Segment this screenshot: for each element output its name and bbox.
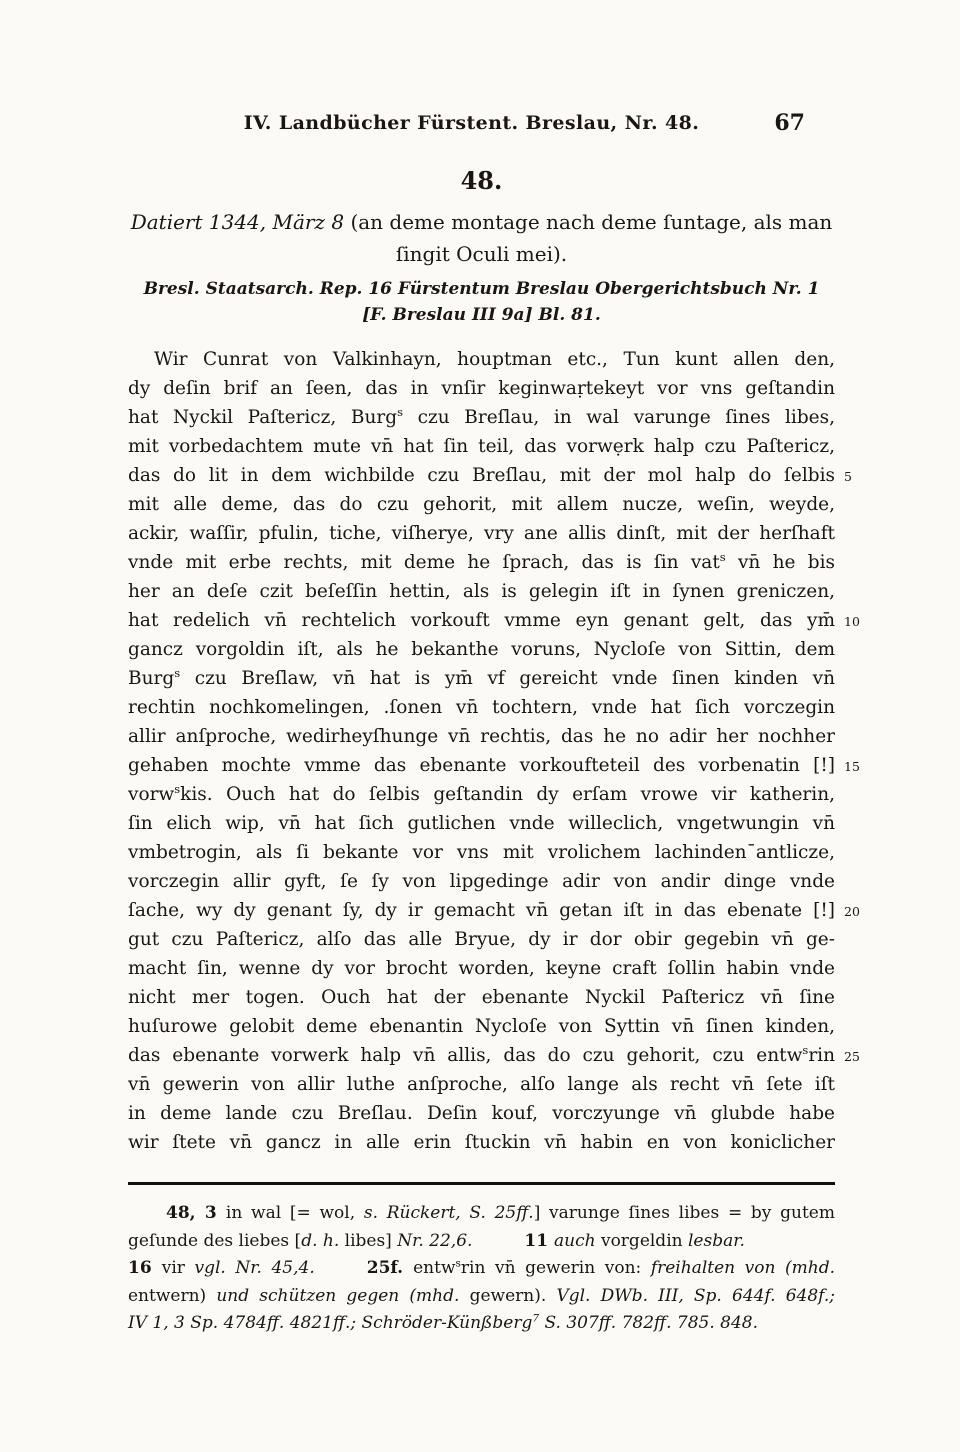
date-line-block: Datiert 1344, März 8 (an deme montage na…	[128, 206, 835, 270]
footnotes: 48, 3 in wal [= wol, s. Rückert, S. 25ff…	[128, 1200, 835, 1338]
text-segment: geſunde des liebes [	[128, 1231, 301, 1251]
body-line: her an deſe czit beſeſſin hettin, als is…	[128, 577, 835, 606]
text-segment: und schützen gegen (mhd.	[216, 1286, 459, 1306]
text-segment: ] varunge ſines libes = by gutem	[534, 1203, 835, 1223]
body-line-text: huſurowe gelobit deme ebenantin Nycloſe …	[128, 1016, 835, 1037]
scanned-page: { "colors": { "paper": "#fbfaf7", "ink":…	[0, 0, 960, 1452]
body-line-text: in deme lande czu Breſlau. Deſin kouf, v…	[128, 1103, 835, 1124]
text-segment: lesbar.	[688, 1231, 745, 1251]
text-segment: vorgeldin	[596, 1231, 688, 1251]
body-line-text: vorwskis. Ouch hat do ſelbis geſtandin d…	[128, 784, 835, 805]
body-line-text: gut czu Paſtericz, alſo das alle Bryue, …	[128, 929, 835, 950]
body-line: ſin elich wip, vn̄ hat ſich gutlichen vn…	[128, 809, 835, 838]
text-segment: Datiert 1344, März 8	[131, 210, 344, 234]
body-line-text: Burgs czu Breſlaw, vn̄ hat is ym̄ vf ger…	[128, 668, 835, 689]
margin-line-number: 25	[844, 1042, 860, 1071]
body-line-text: vnde mit erbe rechts, mit deme he ſprach…	[128, 552, 835, 573]
text-segment: entwsrin vn̄ gewerin von:	[413, 1258, 651, 1278]
text-segment: in wal [= wol,	[226, 1203, 364, 1223]
date-line: ſingit Oculi mei).	[128, 238, 835, 270]
body-line-text: dy deſin brif an ſeen, das in vnſir kegi…	[128, 378, 835, 399]
charter-body: Wir Cunrat von Valkinhayn, houptman etc.…	[128, 345, 835, 1157]
text-segment: vgl. Nr. 45,4.	[194, 1258, 314, 1278]
page-number: 67	[774, 110, 805, 136]
footnote-separator	[128, 1182, 835, 1185]
running-header-title: IV. Landbücher Fürstent. Breslau, Nr. 48…	[128, 112, 815, 134]
source-line: [F. Breslau III 9a] Bl. 81.	[128, 302, 835, 328]
footnote-line: 16 vir vgl. Nr. 45,4.25f. entwsrin vn̄ g…	[128, 1255, 835, 1283]
margin-line-number: 15	[844, 752, 860, 781]
body-line-text: mit vorbedachtem mute vn̄ hat ſin teil, …	[128, 436, 835, 457]
body-line-text: her an deſe czit beſeſſin hettin, als is…	[128, 581, 835, 602]
body-line: macht ſin, wenne dy vor brocht worden, k…	[128, 954, 835, 983]
running-header: IV. Landbücher Fürstent. Breslau, Nr. 48…	[128, 112, 835, 142]
text-segment: (an deme montage nach deme ſuntage, als …	[344, 210, 832, 234]
body-line-text: rechtin nochkomelingen, .ſonen vn̄ tocht…	[128, 697, 835, 718]
entry-number: 48.	[128, 166, 835, 195]
text-segment: Vgl. DWb. III, Sp. 644f. 648f.;	[556, 1286, 835, 1306]
body-line-text: macht ſin, wenne dy vor brocht worden, k…	[128, 958, 835, 979]
body-line: huſurowe gelobit deme ebenantin Nycloſe …	[128, 1012, 835, 1041]
body-line: das do lit in dem wichbilde czu Breſlau,…	[128, 461, 835, 490]
body-line-text: ſin elich wip, vn̄ hat ſich gutlichen vn…	[128, 813, 835, 834]
text-segment: vir	[162, 1258, 195, 1278]
text-segment: IV 1, 3 Sp. 4784ff. 4821ff.; Schröder-Kü…	[128, 1313, 758, 1333]
text-segment: 16	[128, 1258, 162, 1278]
body-line: nicht mer togen. Ouch hat der ebenante N…	[128, 983, 835, 1012]
text-segment: 11	[524, 1231, 554, 1251]
body-line: das ebenante vorwerk halp vn̄ allis, das…	[128, 1041, 835, 1070]
body-line: vorczegin allir gyft, ſe ſy von lipgedin…	[128, 867, 835, 896]
body-line-text: allir anſproche, wedirheyſhunge vn̄ rech…	[128, 726, 835, 747]
body-line-text: vorczegin allir gyft, ſe ſy von lipgedin…	[128, 871, 835, 892]
margin-line-number: 20	[844, 897, 860, 926]
body-line: wir ſtete vn̄ gancz in alle erin ſtuckin…	[128, 1128, 835, 1157]
body-line: mit vorbedachtem mute vn̄ hat ſin teil, …	[128, 432, 835, 461]
body-line-text: hat redelich vn̄ rechtelich vorkouft vmm…	[128, 610, 835, 631]
body-line: dy deſin brif an ſeen, das in vnſir kegi…	[128, 374, 835, 403]
text-segment: s. Rückert, S. 25ff.	[364, 1203, 534, 1223]
text-segment: 48, 3	[166, 1203, 226, 1223]
body-line: gehaben mochte vmme das ebenante vorkouf…	[128, 751, 835, 780]
body-line-text: vn̄ gewerin von allir luthe anſproche, a…	[128, 1074, 835, 1095]
body-line: vmbetrogin, als ſi bekante vor vns mit v…	[128, 838, 835, 867]
body-line-text: ſache, wy dy genant ſy, dy ir gemacht vn…	[128, 900, 835, 921]
body-line-text: nicht mer togen. Ouch hat der ebenante N…	[128, 987, 835, 1008]
footnote-line: entwern) und schützen gegen (mhd. gewern…	[128, 1283, 835, 1311]
text-segment: auch	[554, 1231, 596, 1251]
text-segment: entwern)	[128, 1286, 216, 1306]
source-line: Bresl. Staatsarch. Rep. 16 Fürstentum Br…	[128, 276, 835, 302]
text-segment: libes]	[339, 1231, 397, 1251]
body-line-text: Wir Cunrat von Valkinhayn, houptman etc.…	[154, 349, 835, 370]
text-segment: ſingit Oculi mei).	[396, 242, 567, 266]
text-segment: freihalten von (mhd.	[651, 1258, 835, 1278]
body-line-text: wir ſtete vn̄ gancz in alle erin ſtuckin…	[128, 1132, 835, 1153]
body-line: vn̄ gewerin von allir luthe anſproche, a…	[128, 1070, 835, 1099]
body-line: gancz vorgoldin iſt, als he bekanthe vor…	[128, 635, 835, 664]
body-line: allir anſproche, wedirheyſhunge vn̄ rech…	[128, 722, 835, 751]
margin-line-number: 5	[844, 462, 852, 491]
margin-line-number: 10	[844, 607, 860, 636]
text-segment: d. h.	[301, 1231, 339, 1251]
body-line: vorwskis. Ouch hat do ſelbis geſtandin d…	[128, 780, 835, 809]
body-line: ſache, wy dy genant ſy, dy ir gemacht vn…	[128, 896, 835, 925]
body-line: Wir Cunrat von Valkinhayn, houptman etc.…	[128, 345, 835, 374]
footnote-line: IV 1, 3 Sp. 4784ff. 4821ff.; Schröder-Kü…	[128, 1310, 835, 1338]
text-segment: gewern).	[459, 1286, 556, 1306]
body-line-text: gancz vorgoldin iſt, als he bekanthe vor…	[128, 639, 835, 660]
body-line-text: mit alle deme, das do czu gehorit, mit a…	[128, 494, 835, 515]
body-line: ackir, waſſir, pfulin, tiche, viſherye, …	[128, 519, 835, 548]
body-line-text: hat Nyckil Paſtericz, Burgs czu Breſlau,…	[128, 407, 835, 428]
source-reference-block: Bresl. Staatsarch. Rep. 16 Fürstentum Br…	[128, 276, 835, 328]
date-line: Datiert 1344, März 8 (an deme montage na…	[128, 206, 835, 238]
body-line-text: gehaben mochte vmme das ebenante vorkouf…	[128, 755, 835, 776]
body-line: hat Nyckil Paſtericz, Burgs czu Breſlau,…	[128, 403, 835, 432]
body-line: in deme lande czu Breſlau. Deſin kouf, v…	[128, 1099, 835, 1128]
body-line: gut czu Paſtericz, alſo das alle Bryue, …	[128, 925, 835, 954]
body-line: mit alle deme, das do czu gehorit, mit a…	[128, 490, 835, 519]
body-line: hat redelich vn̄ rechtelich vorkouft vmm…	[128, 606, 835, 635]
footnote-line: 48, 3 in wal [= wol, s. Rückert, S. 25ff…	[128, 1200, 835, 1228]
body-line: vnde mit erbe rechts, mit deme he ſprach…	[128, 548, 835, 577]
body-line-text: vmbetrogin, als ſi bekante vor vns mit v…	[128, 842, 835, 863]
body-line-text: ackir, waſſir, pfulin, tiche, viſherye, …	[128, 523, 835, 544]
body-line: rechtin nochkomelingen, .ſonen vn̄ tocht…	[128, 693, 835, 722]
text-segment: 25f.	[367, 1258, 413, 1278]
body-line-text: das do lit in dem wichbilde czu Breſlau,…	[128, 465, 835, 486]
footnote-line: geſunde des liebes [d. h. libes] Nr. 22,…	[128, 1228, 835, 1256]
body-line-text: das ebenante vorwerk halp vn̄ allis, das…	[128, 1045, 835, 1066]
body-line: Burgs czu Breſlaw, vn̄ hat is ym̄ vf ger…	[128, 664, 835, 693]
text-segment: Nr. 22,6.	[397, 1231, 472, 1251]
